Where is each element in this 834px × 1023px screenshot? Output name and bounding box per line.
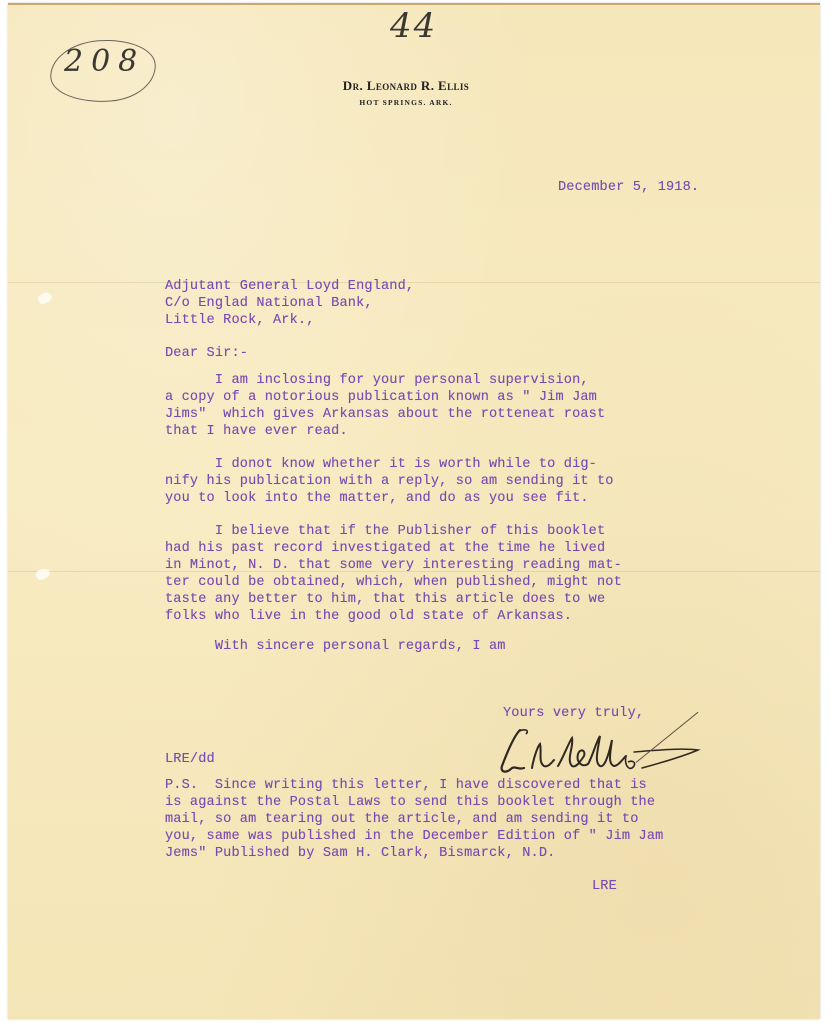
body-line: in Minot, N. D. that some very interesti… bbox=[165, 558, 622, 575]
paper-damage-mark bbox=[37, 291, 54, 306]
body-line: I am inclosing for your personal supervi… bbox=[165, 373, 589, 390]
letterhead-city: Hot Springs. Ark. bbox=[0, 98, 812, 107]
recipient-line: C/o Englad National Bank, bbox=[165, 296, 373, 313]
body-line: folks who live in the good old state of … bbox=[165, 609, 572, 626]
recipient-line: Little Rock, Ark., bbox=[165, 313, 315, 330]
handwritten-archive-number: 208 bbox=[64, 44, 145, 79]
postscript-line: you, same was published in the December … bbox=[165, 829, 663, 846]
body-line: a copy of a notorious publication known … bbox=[165, 390, 597, 407]
body-line: Jims" which gives Arkansas about the rot… bbox=[165, 407, 605, 424]
body-line: I believe that if the Publisher of this … bbox=[165, 524, 605, 541]
body-line: that I have ever read. bbox=[165, 424, 348, 441]
postscript-line: Jems" Published by Sam H. Clark, Bismarc… bbox=[165, 846, 555, 863]
body-line: I donot know whether it is worth while t… bbox=[165, 457, 597, 474]
letterhead-name: Dr. Leonard R. Ellis bbox=[0, 78, 812, 94]
complimentary-close: Yours very truly, bbox=[503, 706, 644, 723]
reference-initials: LRE/dd bbox=[165, 752, 215, 769]
recipient-line: Adjutant General Loyd England, bbox=[165, 279, 414, 296]
postscript-line: P.S. Since writing this letter, I have d… bbox=[165, 778, 647, 795]
salutation: Dear Sir:- bbox=[165, 346, 248, 363]
letter-paper bbox=[8, 3, 820, 1019]
postscript-line: is against the Postal Laws to send this … bbox=[165, 795, 655, 812]
letter-date: December 5, 1918. bbox=[558, 180, 699, 197]
body-line: nify his publication with a reply, so am… bbox=[165, 474, 614, 491]
postscript-initials: LRE bbox=[592, 879, 617, 896]
handwritten-page-number: 44 bbox=[390, 6, 437, 46]
body-line: had his past record investigated at the … bbox=[165, 541, 605, 558]
closing-line: With sincere personal regards, I am bbox=[165, 639, 506, 656]
body-line: taste any better to him, that this artic… bbox=[165, 592, 605, 609]
body-line: you to look into the matter, and do as y… bbox=[165, 491, 589, 508]
postscript-line: mail, so am tearing out the article, and… bbox=[165, 812, 639, 829]
body-line: ter could be obtained, which, when publi… bbox=[165, 575, 622, 592]
paper-damage-mark bbox=[35, 567, 52, 582]
